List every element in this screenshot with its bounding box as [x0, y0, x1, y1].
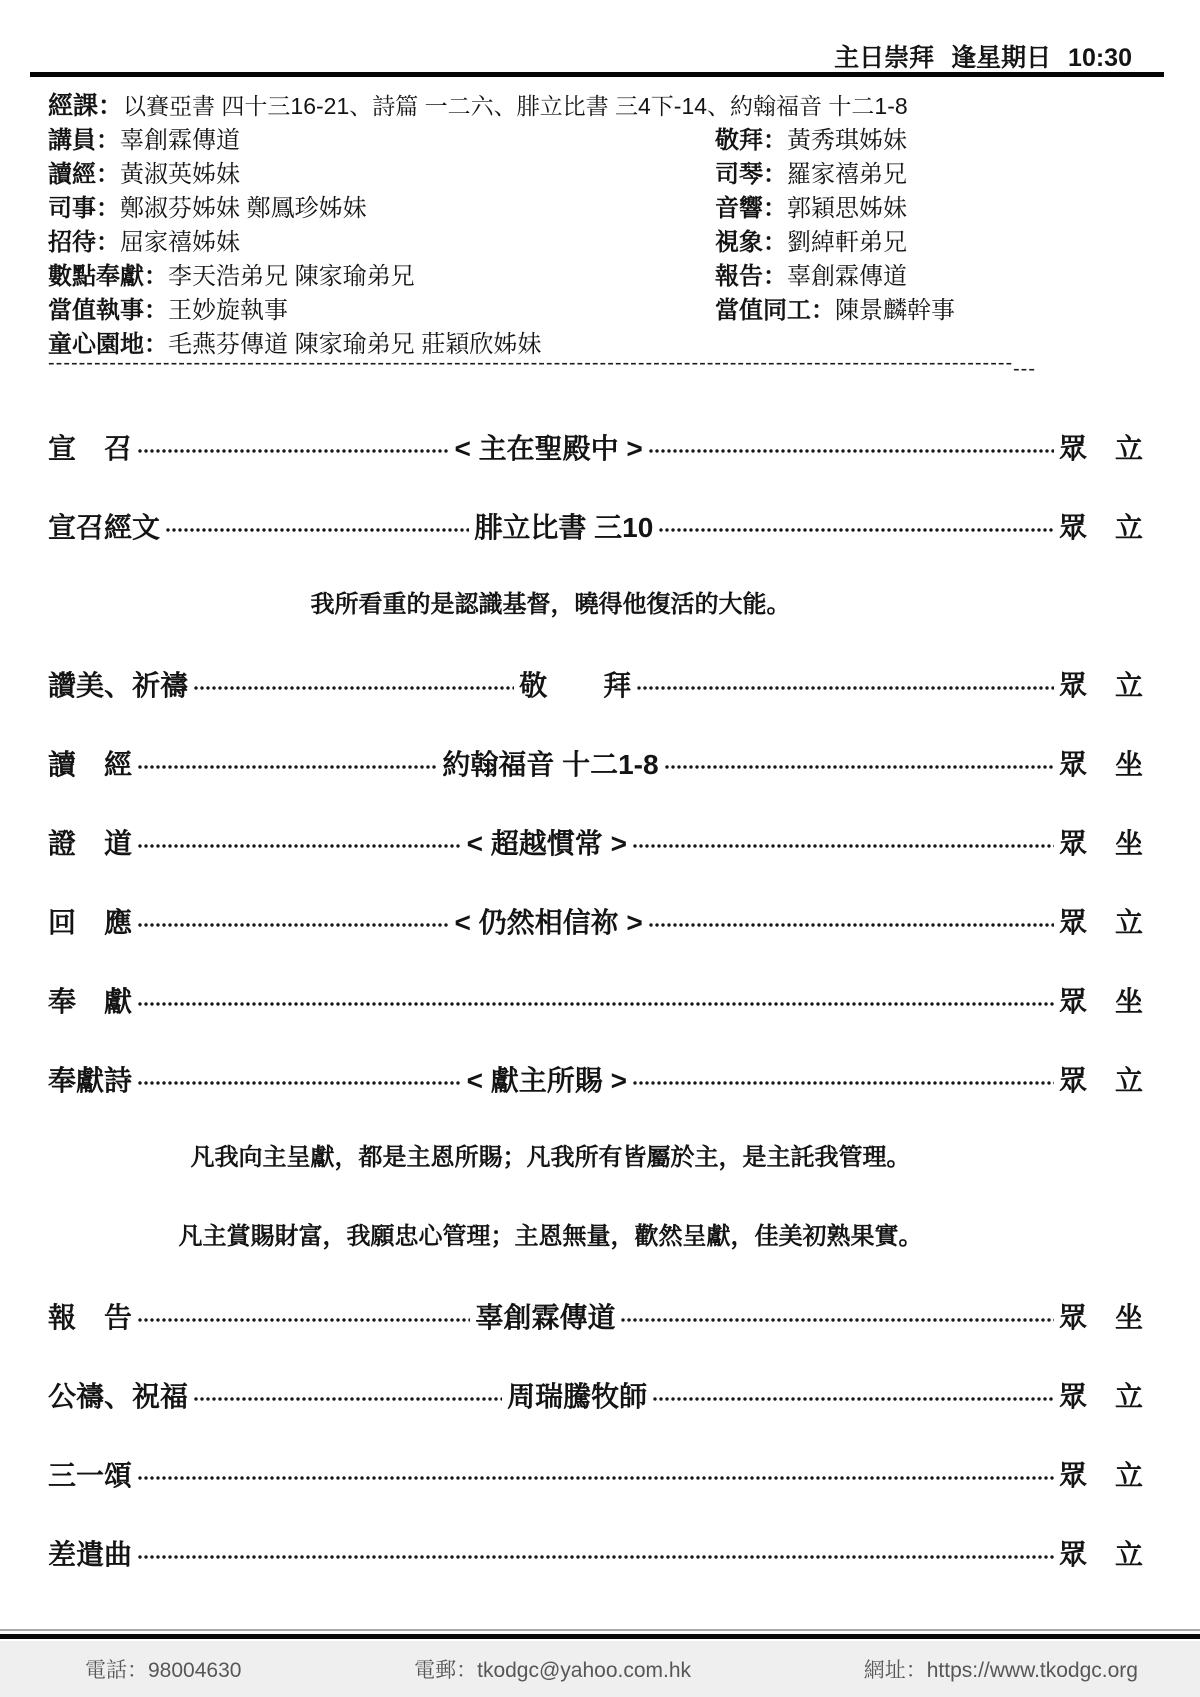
service-quote: 我所看重的是認識基督，曉得他復活的大能。	[48, 590, 1053, 620]
dotted-leader	[137, 920, 449, 930]
service-posture: 眾 立	[1059, 506, 1143, 546]
roster-label: 講員：	[48, 127, 120, 154]
service-item-label: 差遣曲	[48, 1533, 132, 1573]
service-row: 宣 召< 主在聖殿中 >眾 立	[48, 432, 1143, 462]
service-quote: 凡我向主呈獻，都是主恩所賜；凡我所有皆屬於主，是主託我管理。	[48, 1143, 1053, 1173]
dotted-leader	[137, 446, 449, 456]
footer-web-value[interactable]: https://www.tkodgc.org	[927, 1659, 1138, 1682]
roster-row: 當值同工：陳景麟幹事	[715, 294, 1160, 328]
service-item-label: 三一頌	[48, 1454, 132, 1494]
dotted-leader	[193, 1394, 502, 1404]
dotted-leader	[620, 1315, 1054, 1325]
roster-row: 講員：辜創霖傳道	[48, 124, 688, 158]
roster-label: 當值同工：	[715, 297, 835, 324]
roster-row: 招待：屈家禧姊妹	[48, 226, 688, 260]
service-posture: 眾 立	[1059, 1454, 1143, 1494]
service-item-center: < 主在聖殿中 >	[455, 427, 643, 467]
service-posture: 眾 坐	[1059, 743, 1143, 783]
dotted-leader	[137, 1473, 1054, 1483]
roster-value: 黃淑英姊妹	[120, 161, 240, 188]
footer-email: 電郵：tkodgc@yahoo.com.hk	[414, 1654, 691, 1684]
service-posture: 眾 立	[1059, 1533, 1143, 1573]
service-posture: 眾 坐	[1059, 980, 1143, 1020]
roster-value: 王妙旋執事	[168, 297, 288, 324]
page-header: 主日崇拜 逢星期日 10:30	[0, 38, 1132, 74]
dotted-leader	[137, 1315, 470, 1325]
lectionary-label: 經課：	[48, 92, 123, 120]
roster-value: 黃秀琪姊妹	[787, 127, 907, 154]
roster-label: 敬拜：	[715, 127, 787, 154]
lectionary-line: 經課：以賽亞書 四十三16-21、詩篇 一二六、腓立比書 三4下-14、約翰福音…	[48, 86, 1160, 122]
service-item-center: 約翰福音 十二1-8	[442, 743, 658, 783]
roster-value: 辜創霖傳道	[787, 263, 907, 290]
service-item-label: 讀 經	[48, 743, 132, 783]
service-item-center: 敬 拜	[519, 664, 631, 704]
roster-value: 劉綽軒弟兄	[787, 229, 907, 256]
dotted-leader	[652, 1394, 1054, 1404]
service-row: 讚美、祈禱敬 拜眾 立	[48, 669, 1143, 699]
service-schedule: 逢星期日	[951, 44, 1051, 72]
service-row: 公禱、祝福周瑞騰牧師眾 立	[48, 1380, 1143, 1410]
footer-website: 網址：https://www.tkodgc.org	[864, 1654, 1138, 1684]
dotted-leader	[193, 683, 514, 693]
roster-row: 司琴：羅家禧弟兄	[715, 158, 1160, 192]
roster-value: 羅家禧弟兄	[787, 161, 907, 188]
page-footer: 電話：98004630 電郵：tkodgc@yahoo.com.hk 網址：ht…	[0, 1641, 1200, 1697]
service-item-center: 辜創霖傳道	[475, 1296, 615, 1336]
roster-value: 辜創霖傳道	[120, 127, 240, 154]
roster-value: 屈家禧姊妹	[120, 229, 240, 256]
service-item-label: 回 應	[48, 901, 132, 941]
roster-label: 當值執事：	[48, 297, 168, 324]
roster-row: 當值執事：王妙旋執事	[48, 294, 688, 328]
service-item-label: 奉 獻	[48, 980, 132, 1020]
service-item-center: 腓立比書 三10	[474, 506, 653, 546]
footer-email-label: 電郵：	[414, 1659, 477, 1682]
footer-email-value[interactable]: tkodgc@yahoo.com.hk	[477, 1659, 691, 1682]
separator-tail: ---	[1013, 358, 1036, 381]
roster-label: 音響：	[715, 195, 787, 222]
roster-row: 讀經：黃淑英姊妹	[48, 158, 688, 192]
roster-label: 司琴：	[715, 161, 787, 188]
service-row: 差遣曲眾 立	[48, 1538, 1143, 1568]
dotted-leader	[664, 762, 1054, 772]
roster-value: 陳景麟幹事	[835, 297, 955, 324]
roster-label: 讀經：	[48, 161, 120, 188]
header-rule	[30, 72, 1164, 77]
roster-label: 司事：	[48, 195, 120, 222]
service-posture: 眾 立	[1059, 901, 1143, 941]
service-posture: 眾 坐	[1059, 822, 1143, 862]
service-row: 奉 獻眾 坐	[48, 985, 1143, 1015]
roster-label: 報告：	[715, 263, 787, 290]
service-item-label: 宣召經文	[48, 506, 160, 546]
service-row: 證 道< 超越慣常 >眾 坐	[48, 827, 1143, 857]
roster-row: 音響：郭穎思姊妹	[715, 192, 1160, 226]
dotted-leader	[137, 762, 437, 772]
dotted-leader	[137, 999, 1054, 1009]
service-row: 報 告辜創霖傳道眾 坐	[48, 1301, 1143, 1331]
dotted-leader	[632, 1078, 1054, 1088]
service-item-label: 讚美、祈禱	[48, 664, 188, 704]
dashed-separator: ----------------------------------------…	[48, 352, 1160, 375]
dotted-leader	[165, 525, 469, 535]
footer-phone-value: 98004630	[148, 1659, 241, 1682]
service-row: 回 應< 仍然相信祢 >眾 立	[48, 906, 1143, 936]
roster-label: 招待：	[48, 229, 120, 256]
service-row: 宣召經文腓立比書 三10眾 立	[48, 511, 1143, 541]
service-time: 10:30	[1068, 44, 1132, 72]
service-item-label: 奉獻詩	[48, 1059, 132, 1099]
footer-phone: 電話：98004630	[85, 1654, 241, 1684]
order-of-service: 宣 召< 主在聖殿中 >眾 立宣召經文腓立比書 三10眾 立我所看重的是認識基督…	[48, 432, 1143, 1617]
footer-phone-label: 電話：	[85, 1659, 148, 1682]
service-item-center: 周瑞騰牧師	[507, 1375, 647, 1415]
roster-row: 數點奉獻：李天浩弟兄 陳家瑜弟兄	[48, 260, 688, 294]
roster-row: 視象：劉綽軒弟兄	[715, 226, 1160, 260]
dotted-leader	[137, 1552, 1054, 1562]
footer-thin-rule	[0, 1629, 1200, 1631]
dotted-leader	[648, 446, 1054, 456]
footer-rule	[0, 1634, 1200, 1639]
roster-right-column: 敬拜：黃秀琪姊妹司琴：羅家禧弟兄音響：郭穎思姊妹視象：劉綽軒弟兄報告：辜創霖傳道…	[715, 124, 1160, 328]
service-item-label: 證 道	[48, 822, 132, 862]
dotted-leader	[137, 841, 462, 851]
lectionary-text: 以賽亞書 四十三16-21、詩篇 一二六、腓立比書 三4下-14、約翰福音 十二…	[123, 93, 908, 119]
service-posture: 眾 立	[1059, 1375, 1143, 1415]
roster-value: 鄭淑芬姊妹 鄭鳳珍姊妹	[120, 195, 367, 222]
roster-label: 視象：	[715, 229, 787, 256]
dotted-leader	[632, 841, 1054, 851]
roster-row: 司事：鄭淑芬姊妹 鄭鳳珍姊妹	[48, 192, 688, 226]
service-item-label: 公禱、祝福	[48, 1375, 188, 1415]
service-posture: 眾 立	[1059, 664, 1143, 704]
service-quote: 凡主賞賜財富，我願忠心管理；主恩無量，歡然呈獻，佳美初熟果實。	[48, 1222, 1053, 1252]
roster-row: 報告：辜創霖傳道	[715, 260, 1160, 294]
service-posture: 眾 立	[1059, 427, 1143, 467]
footer-web-label: 網址：	[864, 1659, 927, 1682]
roster-label: 數點奉獻：	[48, 263, 168, 290]
roster-value: 郭穎思姊妹	[787, 195, 907, 222]
service-title: 主日崇拜	[834, 44, 934, 72]
dotted-leader	[658, 525, 1054, 535]
roster-left-column: 講員：辜創霖傳道讀經：黃淑英姊妹司事：鄭淑芬姊妹 鄭鳳珍姊妹招待：屈家禧姊妹數點…	[48, 124, 688, 362]
service-posture: 眾 立	[1059, 1059, 1143, 1099]
service-item-center: < 仍然相信祢 >	[455, 901, 643, 941]
service-item-label: 報 告	[48, 1296, 132, 1336]
dotted-leader	[137, 1078, 462, 1088]
service-posture: 眾 坐	[1059, 1296, 1143, 1336]
service-row: 奉獻詩< 獻主所賜 >眾 立	[48, 1064, 1143, 1094]
separator-dashes: ----------------------------------------…	[48, 352, 1013, 375]
service-item-center: < 超越慣常 >	[467, 822, 627, 862]
roster-row: 敬拜：黃秀琪姊妹	[715, 124, 1160, 158]
service-row: 三一頌眾 立	[48, 1459, 1143, 1489]
service-row: 讀 經約翰福音 十二1-8眾 坐	[48, 748, 1143, 778]
service-item-center: < 獻主所賜 >	[467, 1059, 627, 1099]
dotted-leader	[648, 920, 1054, 930]
dotted-leader	[636, 683, 1054, 693]
roster-value: 李天浩弟兄 陳家瑜弟兄	[168, 263, 415, 290]
service-item-label: 宣 召	[48, 427, 132, 467]
